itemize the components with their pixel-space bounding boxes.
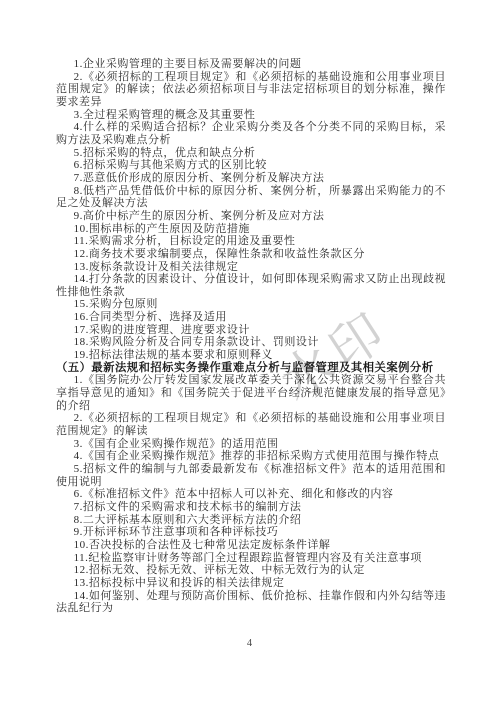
list-item: 5.招标文件的编制与九部委最新发布《标准招标文件》范本的适用范围和使用说明 <box>56 463 446 488</box>
document-page: 水印 1.企业采购管理的主要目标及需要解决的问题2.《必须招标的工程项目规定》和… <box>0 0 499 705</box>
list-item: 16.合同类型分析、选择及适用 <box>56 311 446 324</box>
list-item: 14.如何鉴别、处理与预防高价围标、低价抢标、挂靠作假和内外勾结等违法乱纪行为 <box>56 590 446 615</box>
list-item: 1.《国务院办公厅转发国家发展改革委关于深化公共资源交易平台整合共享指导意见的通… <box>56 374 446 412</box>
list-item: 2.《必须招标的工程项目规定》和《必须招标的基础设施和公用事业项目范围规定》的解… <box>56 71 446 109</box>
list-item: 7.招标文件的采购需求和技术标书的编制方法 <box>56 501 446 514</box>
list-item: 9.高价中标产生的原因分析、案例分析及应对方法 <box>56 210 446 223</box>
list-item: 4.《国有企业采购操作规范》推荐的非招标采购方式使用范围与操作特点 <box>56 450 446 463</box>
document-body: 1.企业采购管理的主要目标及需要解决的问题2.《必须招标的工程项目规定》和《必须… <box>56 58 446 615</box>
list-item: 3.全过程采购管理的概念及其重要性 <box>56 109 446 122</box>
list-item: 15.采购分包原则 <box>56 298 446 311</box>
list-item: 8.二大评标基本原则和六大类评标方法的介绍 <box>56 514 446 527</box>
page-number: 4 <box>0 638 499 649</box>
list-item: 12.招标无效、投标无效、评标无效、中标无效行为的认定 <box>56 564 446 577</box>
list-item: 13.废标条款设计及相关法律规定 <box>56 261 446 274</box>
list-item: 11.纪检监察审计财务等部门全过程跟踪监督管理内容及有关注意事项 <box>56 552 446 565</box>
list-item: 14.打分条款的因素设计、分值设计，如何即体现采购需求又防止出现歧视性排他性条款 <box>56 273 446 298</box>
list-item: 4.什么样的采购适合招标？企业采购分类及各个分类不同的采购目标，采购方法及采购难… <box>56 121 446 146</box>
list-item: 1.企业采购管理的主要目标及需要解决的问题 <box>56 58 446 71</box>
list-item: 12.商务技术要求编制要点，保障性条款和收益性条款区分 <box>56 248 446 261</box>
list-item: 7.恶意低价形成的原因分析、案例分析及解决方法 <box>56 172 446 185</box>
section-heading: （五）最新法规和招标实务操作重难点分析与监督管理及其相关案例分析 <box>56 362 446 375</box>
list-item: 13.招标投标中异议和投诉的相关法律规定 <box>56 577 446 590</box>
list-item: 10.围标串标的产生原因及防范措施 <box>56 223 446 236</box>
list-item: 17.采购的进度管理、进度要求设计 <box>56 324 446 337</box>
list-item: 3.《国有企业采购操作规范》的适用范围 <box>56 438 446 451</box>
list-item: 8.低档产品凭借低价中标的原因分析、案例分析，所暴露出采购能力的不足之处及解决方… <box>56 185 446 210</box>
list-item: 6.招标采购与其他采购方式的区别比较 <box>56 159 446 172</box>
list-item: 11.采购需求分析，目标设定的用途及重要性 <box>56 235 446 248</box>
list-item: 5.招标采购的特点，优点和缺点分析 <box>56 147 446 160</box>
list-item: 10.否决投标的合法性及七种常见法定废标条件详解 <box>56 539 446 552</box>
list-item: 2.《必须招标的工程项目规定》和《必须招标的基础设施和公用事业项目范围规定》的解… <box>56 412 446 437</box>
list-item: 19.招标法律法规的基本要求和原则释义 <box>56 349 446 362</box>
list-item: 9.开标评标环节注意事项和各种评标技巧 <box>56 526 446 539</box>
list-item: 18.采购风险分析及合同专用条款设计、罚则设计 <box>56 336 446 349</box>
list-item: 6.《标准招标文件》范本中招标人可以补充、细化和修改的内容 <box>56 488 446 501</box>
